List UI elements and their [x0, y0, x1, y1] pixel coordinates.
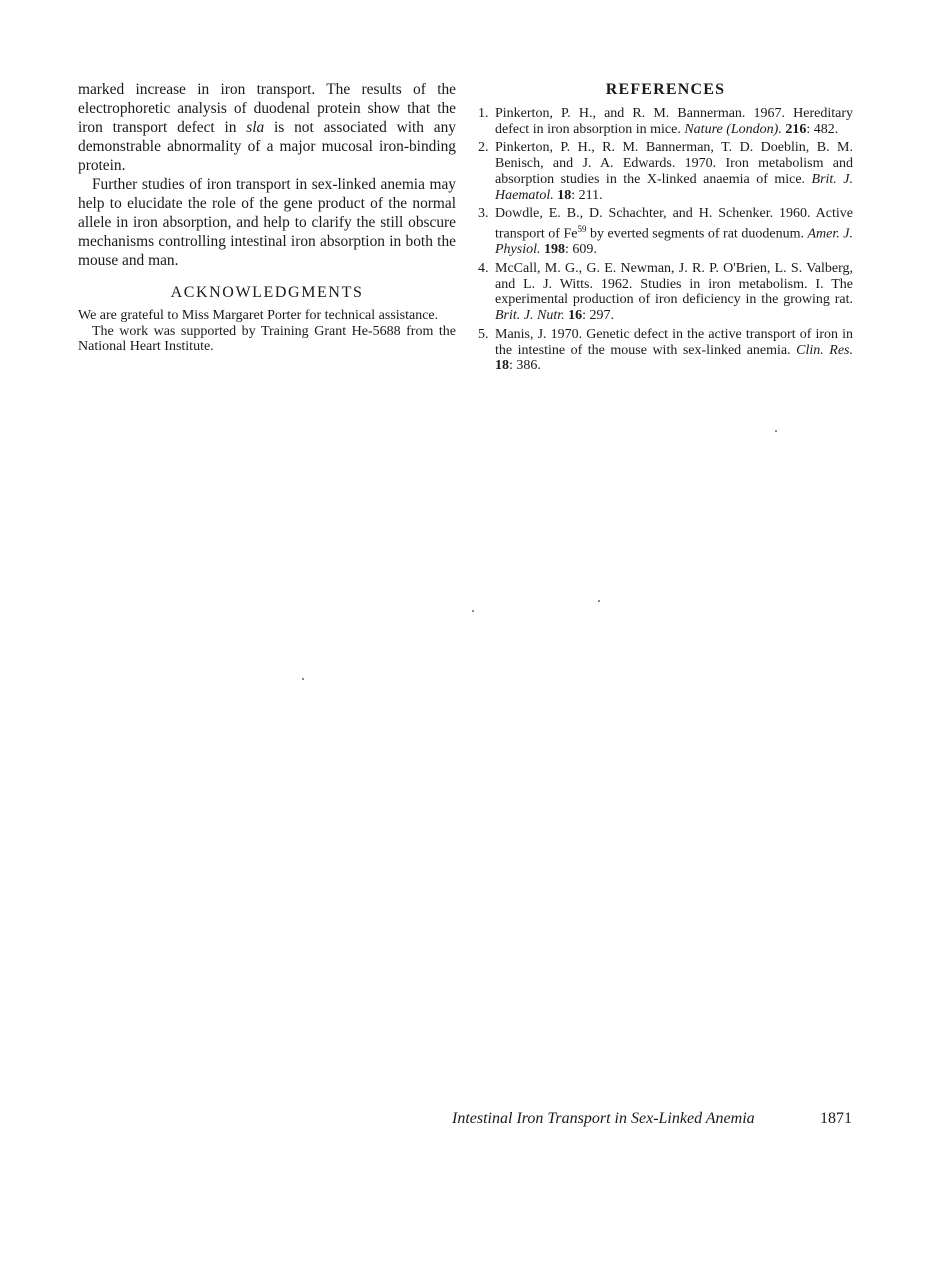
- references-heading: REFERENCES: [478, 80, 853, 100]
- journal-name: Clin. Res.: [796, 343, 853, 358]
- acknowledgments-heading: ACKNOWLEDGMENTS: [78, 283, 456, 303]
- volume: 18: [557, 188, 571, 203]
- pages: : 297.: [582, 308, 614, 323]
- reference-number: 5.: [478, 327, 489, 343]
- page-number: 1871: [820, 1110, 852, 1128]
- pages: : 482.: [806, 122, 838, 137]
- volume: 16: [568, 308, 582, 323]
- volume: 18: [495, 358, 509, 373]
- volume: 216: [785, 122, 806, 137]
- reference-text: McCall, M. G., G. E. Newman, J. R. P. O'…: [495, 261, 853, 307]
- left-column: marked increase in iron transport. The r…: [78, 80, 456, 355]
- reference-item: 1.Pinkerton, P. H., and R. M. Bannerman.…: [478, 106, 853, 137]
- reference-number: 1.: [478, 106, 489, 122]
- pages: : 211.: [571, 188, 602, 203]
- scan-speck: [472, 610, 474, 612]
- reference-item: 4.McCall, M. G., G. E. Newman, J. R. P. …: [478, 261, 853, 324]
- pages: : 609.: [565, 242, 597, 257]
- body-paragraph: Further studies of iron transport in sex…: [78, 175, 456, 270]
- journal-name: Nature (London).: [684, 122, 781, 137]
- reference-item: 2.Pinkerton, P. H., R. M. Bannerman, T. …: [478, 140, 853, 203]
- body-paragraph: marked increase in iron transport. The r…: [78, 80, 456, 175]
- acknowledgment-paragraph: We are grateful to Miss Margaret Porter …: [78, 308, 456, 324]
- volume: 198: [544, 242, 565, 257]
- page-footer: Intestinal Iron Transport in Sex-Linked …: [452, 1110, 852, 1128]
- reference-number: 2.: [478, 140, 489, 156]
- reference-text: by everted segments of rat duodenum.: [586, 227, 807, 242]
- running-title: Intestinal Iron Transport in Sex-Linked …: [452, 1110, 755, 1128]
- scan-speck: [598, 600, 600, 602]
- gene-symbol: sla: [246, 119, 264, 136]
- reference-text: Pinkerton, P. H., R. M. Bannerman, T. D.…: [495, 140, 853, 186]
- reference-number: 3.: [478, 206, 489, 222]
- reference-list: 1.Pinkerton, P. H., and R. M. Bannerman.…: [478, 106, 853, 374]
- reference-number: 4.: [478, 261, 489, 277]
- journal-name: Brit. J. Nutr.: [495, 308, 565, 323]
- references-column: REFERENCES 1.Pinkerton, P. H., and R. M.…: [478, 80, 853, 377]
- reference-item: 5.Manis, J. 1970. Genetic defect in the …: [478, 327, 853, 374]
- pages: : 386.: [509, 358, 541, 373]
- acknowledgment-paragraph: The work was supported by Training Grant…: [78, 324, 456, 355]
- scan-speck: [302, 678, 304, 680]
- reference-item: 3.Dowdle, E. B., D. Schachter, and H. Sc…: [478, 206, 853, 258]
- scan-speck: [775, 430, 777, 432]
